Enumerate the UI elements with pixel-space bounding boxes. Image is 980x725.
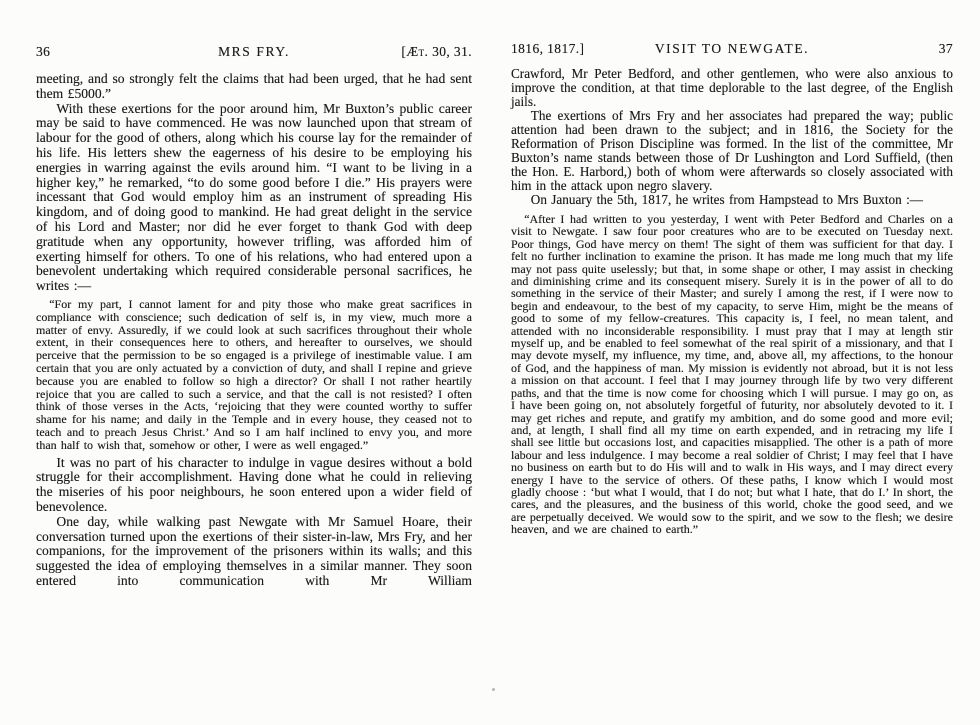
- left-page-number: 36: [36, 44, 131, 60]
- paragraph: With these exertions for the poor around…: [36, 102, 472, 294]
- right-page: 1816, 1817.] VISIT TO NEWGATE. 37 Crawfo…: [511, 0, 953, 540]
- paragraph: One day, while walking past Newgate with…: [36, 515, 472, 589]
- scan-speck: [492, 688, 495, 691]
- left-age-note: [Æt. 30, 31.: [377, 44, 472, 60]
- paragraph-continuation: meeting, and so strongly felt the claims…: [36, 72, 472, 102]
- right-running-title: VISIT TO NEWGATE.: [606, 41, 858, 57]
- right-page-number: 37: [858, 41, 953, 57]
- paragraph: On January the 5th, 1817, he writes from…: [511, 193, 953, 207]
- paragraph-continuation: Crawford, Mr Peter Bedford, and other ge…: [511, 67, 953, 109]
- block-quote-letter: “For my part, I cannot lament for and pi…: [36, 298, 472, 452]
- paragraph: The exertions of Mrs Fry and her associa…: [511, 109, 953, 193]
- left-page-header: 36 MRS FRY. [Æt. 30, 31.: [36, 44, 472, 60]
- right-date-note: 1816, 1817.]: [511, 41, 606, 57]
- block-quote-letter: “After I had written to you yesterday, I…: [511, 213, 953, 536]
- book-spread: 36 MRS FRY. [Æt. 30, 31. meeting, and so…: [0, 0, 980, 725]
- paragraph: It was no part of his character to indul…: [36, 456, 472, 515]
- right-page-header: 1816, 1817.] VISIT TO NEWGATE. 37: [511, 41, 953, 57]
- left-page: 36 MRS FRY. [Æt. 30, 31. meeting, and so…: [36, 0, 472, 589]
- left-running-title: MRS FRY.: [131, 44, 377, 60]
- scan-speck: [936, 455, 938, 457]
